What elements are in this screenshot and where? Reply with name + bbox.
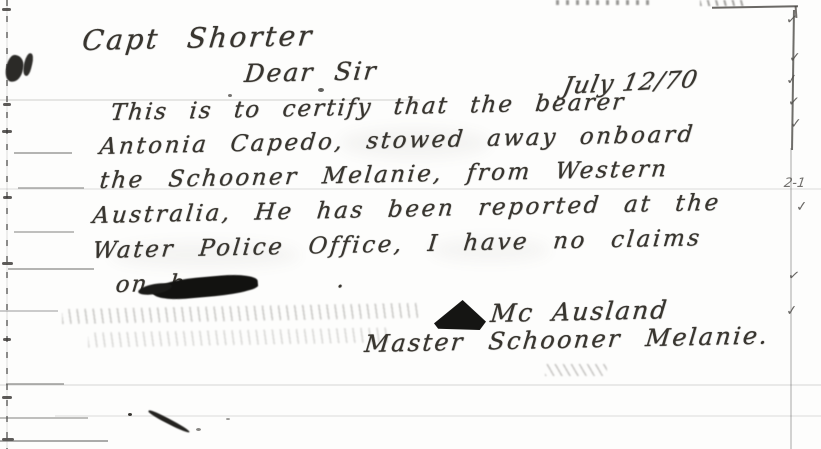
- scan-line: [55, 415, 821, 417]
- cutoff-script-top: [556, 0, 652, 5]
- checkmark-annotation: ✓: [795, 199, 808, 216]
- binding-mark: [2, 8, 11, 11]
- scan-line: [0, 440, 108, 442]
- letter-salutation: Dear Sir: [243, 56, 379, 88]
- ink-blob-binding: [21, 52, 34, 76]
- pencil-rule-top: [712, 5, 798, 9]
- checkmark-annotation: ✓: [785, 303, 798, 320]
- binding-mark: [3, 196, 12, 199]
- scan-line: [8, 268, 94, 270]
- binding-mark: [3, 338, 11, 341]
- sentence-period: .: [336, 267, 348, 293]
- checkmark-annotation: ✓: [787, 267, 801, 285]
- pencil-rule-right-faint: [790, 148, 792, 449]
- pen-trial-marks: [545, 364, 607, 376]
- signature-title: Master Schooner Melanie.: [363, 322, 770, 358]
- ink-speck: [226, 418, 230, 420]
- checkmark-annotation: ✓: [785, 71, 798, 88]
- bleed-through-marks: [88, 327, 388, 347]
- scan-line: [18, 187, 84, 189]
- body-line: Australia, He has been reported at the: [91, 190, 722, 229]
- scan-line: [0, 417, 88, 419]
- signature-name: Mc Ausland: [489, 295, 670, 328]
- binding-mark: [2, 130, 12, 133]
- bleed-through-marks: [62, 303, 418, 324]
- binding-mark: [3, 103, 11, 106]
- checkmark-annotation: ✓: [785, 11, 799, 28]
- ink-blot-signature: [434, 300, 486, 330]
- letter-scan-page: ✓ ✓ ✓ ✓ ✓ ✓ ✓ ✓ 2-1 Capt Shorter Dear Si…: [0, 0, 821, 449]
- ink-speck: [228, 94, 232, 97]
- scan-line: [14, 231, 74, 233]
- cutoff-script-top: [700, 0, 744, 6]
- binding-mark: [2, 262, 13, 265]
- scan-line: [14, 152, 72, 154]
- scan-line: [0, 310, 58, 312]
- body-line: Water Police Office, I have no claims: [91, 225, 703, 264]
- checkmark-annotation: ✓: [787, 94, 800, 111]
- body-line: This is to certify that the bearer: [109, 89, 626, 126]
- letter-recipient: Capt Shorter: [81, 19, 316, 57]
- ink-speck: [196, 428, 201, 431]
- scan-line: [6, 383, 64, 385]
- scan-line: [0, 384, 821, 386]
- checkmark-annotation: ✓: [790, 116, 802, 132]
- binding-mark: [2, 396, 12, 399]
- ink-speck: [318, 88, 324, 92]
- ink-streak-bottom: [147, 409, 190, 434]
- ink-speck: [128, 413, 132, 416]
- checkmark-annotation: ✓: [789, 50, 801, 66]
